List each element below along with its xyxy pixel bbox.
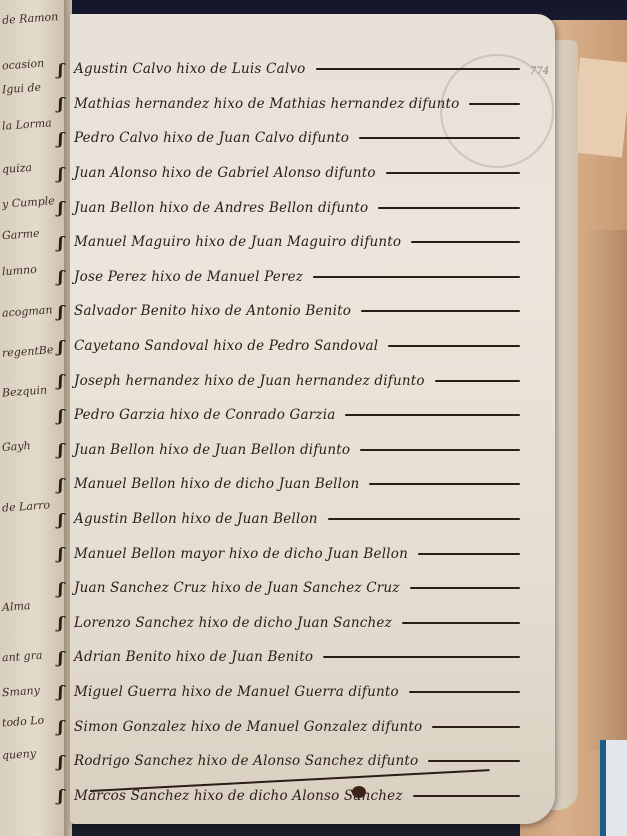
entry-marker: ʃ xyxy=(58,717,74,736)
line-filler xyxy=(386,172,520,174)
entry-marker: ʃ xyxy=(58,302,74,321)
register-entry: ʃJuan Alonso hixo de Gabriel Alonso difu… xyxy=(58,156,528,191)
entry-marker: ʃ xyxy=(58,579,74,598)
blue-edged-paper xyxy=(600,740,627,836)
register-entry: ʃJuan Sanchez Cruz hixo de Juan Sanchez … xyxy=(58,571,528,606)
register-entry: ʃJoseph hernandez hixo de Juan hernandez… xyxy=(58,363,528,398)
entry-text: Juan Alonso hixo de Gabriel Alonso difun… xyxy=(74,165,376,181)
entry-marker: ʃ xyxy=(58,440,74,459)
register-entry: ʃPedro Garzia hixo de Conrado Garzia xyxy=(58,398,528,433)
line-filler xyxy=(359,137,520,139)
entry-text: Juan Bellon hixo de Andres Bellon difunt… xyxy=(74,200,368,216)
register-entry: ʃRodrigo Sanchez hixo de Alonso Sanchez … xyxy=(58,744,528,779)
left-fragment: y Cumple xyxy=(2,194,55,211)
left-fragment: Garme xyxy=(2,227,40,243)
register-entry: ʃMathias hernandez hixo de Mathias herna… xyxy=(58,87,528,122)
entry-marker: ʃ xyxy=(58,164,74,183)
entry-marker: ʃ xyxy=(58,371,74,390)
line-filler xyxy=(388,345,520,347)
left-fragment: Bezquin xyxy=(2,383,48,399)
register-entry: ʃManuel Maguiro hixo de Juan Maguiro dif… xyxy=(58,225,528,260)
register-entries: ʃAgustin Calvo hixo de Luis Calvo ʃMathi… xyxy=(58,52,528,813)
entry-marker: ʃ xyxy=(58,337,74,356)
left-fragment: regentBe xyxy=(2,343,54,360)
register-entry: ʃMarcos Sanchez hixo de dicho Alonso San… xyxy=(58,778,528,813)
entry-text: Salvador Benito hixo de Antonio Benito xyxy=(74,303,351,319)
register-entry: ʃJuan Bellon hixo de Juan Bellon difunto xyxy=(58,433,528,468)
entry-marker: ʃ xyxy=(58,475,74,494)
line-filler xyxy=(402,622,520,624)
left-fragment: la Lorma xyxy=(2,116,53,132)
left-fragment: de Larro xyxy=(2,498,51,514)
entry-text: Pedro Garzia hixo de Conrado Garzia xyxy=(74,407,335,423)
entry-marker: ʃ xyxy=(58,406,74,425)
line-filler xyxy=(469,103,520,105)
left-fragment: Smany xyxy=(2,684,41,700)
entry-text: Joseph hernandez hixo de Juan hernandez … xyxy=(74,373,425,389)
register-entry: ʃAgustin Calvo hixo de Luis Calvo xyxy=(58,52,528,87)
register-entry: ʃMiguel Guerra hixo de Manuel Guerra dif… xyxy=(58,675,528,710)
entry-text: Manuel Bellon mayor hixo de dicho Juan B… xyxy=(74,546,408,562)
line-filler xyxy=(411,241,520,243)
folded-paper-tab xyxy=(570,58,627,158)
entry-text: Manuel Bellon hixo de dicho Juan Bellon xyxy=(74,476,359,492)
line-filler xyxy=(323,656,520,658)
left-fragment: acogman xyxy=(2,303,53,319)
line-filler xyxy=(369,483,520,485)
entry-marker: ʃ xyxy=(58,544,74,563)
register-entry: ʃLorenzo Sanchez hixo de dicho Juan Sanc… xyxy=(58,606,528,641)
line-filler xyxy=(328,518,520,520)
left-fragment: quiza xyxy=(2,161,33,176)
entry-marker: ʃ xyxy=(58,267,74,286)
register-entry: ʃManuel Bellon mayor hixo de dicho Juan … xyxy=(58,536,528,571)
entry-text: Juan Bellon hixo de Juan Bellon difunto xyxy=(74,442,350,458)
entry-text: Rodrigo Sanchez hixo de Alonso Sanchez d… xyxy=(74,753,418,769)
entry-text: Jose Perez hixo de Manuel Perez xyxy=(74,269,303,285)
folio-number: 774 xyxy=(530,66,549,77)
register-entry: ʃJose Perez hixo de Manuel Perez xyxy=(58,260,528,295)
entry-text: Simon Gonzalez hixo de Manuel Gonzalez d… xyxy=(74,719,422,735)
line-filler xyxy=(313,276,520,278)
entry-marker: ʃ xyxy=(58,233,74,252)
line-filler xyxy=(428,760,520,762)
register-entry: ʃAdrian Benito hixo de Juan Benito xyxy=(58,640,528,675)
register-entry: ʃSimon Gonzalez hixo de Manuel Gonzalez … xyxy=(58,709,528,744)
left-fragment: Igui de xyxy=(2,81,42,97)
entry-marker: ʃ xyxy=(58,682,74,701)
left-fragment: de Ramon xyxy=(2,10,59,27)
entry-text: Cayetano Sandoval hixo de Pedro Sandoval xyxy=(74,338,378,354)
left-fragment: Alma xyxy=(2,599,31,614)
line-filler xyxy=(432,726,520,728)
entry-text: Agustin Calvo hixo de Luis Calvo xyxy=(74,61,306,77)
register-entry: ʃPedro Calvo hixo de Juan Calvo difunto xyxy=(58,121,528,156)
left-page-fragment: de Ramon ocasion Igui de la Lorma quiza … xyxy=(0,0,66,836)
entry-marker: ʃ xyxy=(58,129,74,148)
entry-text: Adrian Benito hixo de Juan Benito xyxy=(74,649,313,665)
left-fragment: ocasion xyxy=(2,57,45,73)
entry-text: Lorenzo Sanchez hixo de dicho Juan Sanch… xyxy=(74,615,392,631)
entry-marker: ʃ xyxy=(58,94,74,113)
entry-text: Manuel Maguiro hixo de Juan Maguiro difu… xyxy=(74,234,401,250)
left-fragment: Gayh xyxy=(2,439,31,454)
left-fragment: queny xyxy=(2,747,37,762)
line-filler xyxy=(345,414,520,416)
entry-text: Pedro Calvo hixo de Juan Calvo difunto xyxy=(74,130,349,146)
line-filler xyxy=(378,207,520,209)
entry-text: Mathias hernandez hixo de Mathias hernan… xyxy=(74,96,459,112)
line-filler xyxy=(409,691,520,693)
entry-text: Juan Sanchez Cruz hixo de Juan Sanchez C… xyxy=(74,580,400,596)
line-filler xyxy=(361,310,520,312)
line-filler xyxy=(316,68,521,70)
ink-blot xyxy=(352,786,366,798)
left-fragment: todo Lo xyxy=(2,714,45,730)
register-entry: ʃJuan Bellon hixo de Andres Bellon difun… xyxy=(58,190,528,225)
entry-text: Agustin Bellon hixo de Juan Bellon xyxy=(74,511,318,527)
binding-edge xyxy=(585,230,627,750)
entry-text: Miguel Guerra hixo de Manuel Guerra difu… xyxy=(74,684,399,700)
entry-marker: ʃ xyxy=(58,60,74,79)
line-filler xyxy=(435,380,520,382)
left-fragment: ant gra xyxy=(2,649,43,665)
line-filler xyxy=(360,449,520,451)
entry-marker: ʃ xyxy=(58,648,74,667)
register-entry: ʃSalvador Benito hixo de Antonio Benito xyxy=(58,294,528,329)
line-filler xyxy=(413,795,520,797)
line-filler xyxy=(418,553,520,555)
entry-marker: ʃ xyxy=(58,752,74,771)
register-entry: ʃCayetano Sandoval hixo de Pedro Sandova… xyxy=(58,329,528,364)
entry-marker: ʃ xyxy=(58,198,74,217)
left-fragment: lumno xyxy=(2,263,38,278)
register-entry: ʃAgustin Bellon hixo de Juan Bellon xyxy=(58,502,528,537)
entry-marker: ʃ xyxy=(58,510,74,529)
register-entry: ʃManuel Bellon hixo de dicho Juan Bellon xyxy=(58,467,528,502)
line-filler xyxy=(410,587,520,589)
entry-marker: ʃ xyxy=(58,786,74,805)
entry-marker: ʃ xyxy=(58,613,74,632)
